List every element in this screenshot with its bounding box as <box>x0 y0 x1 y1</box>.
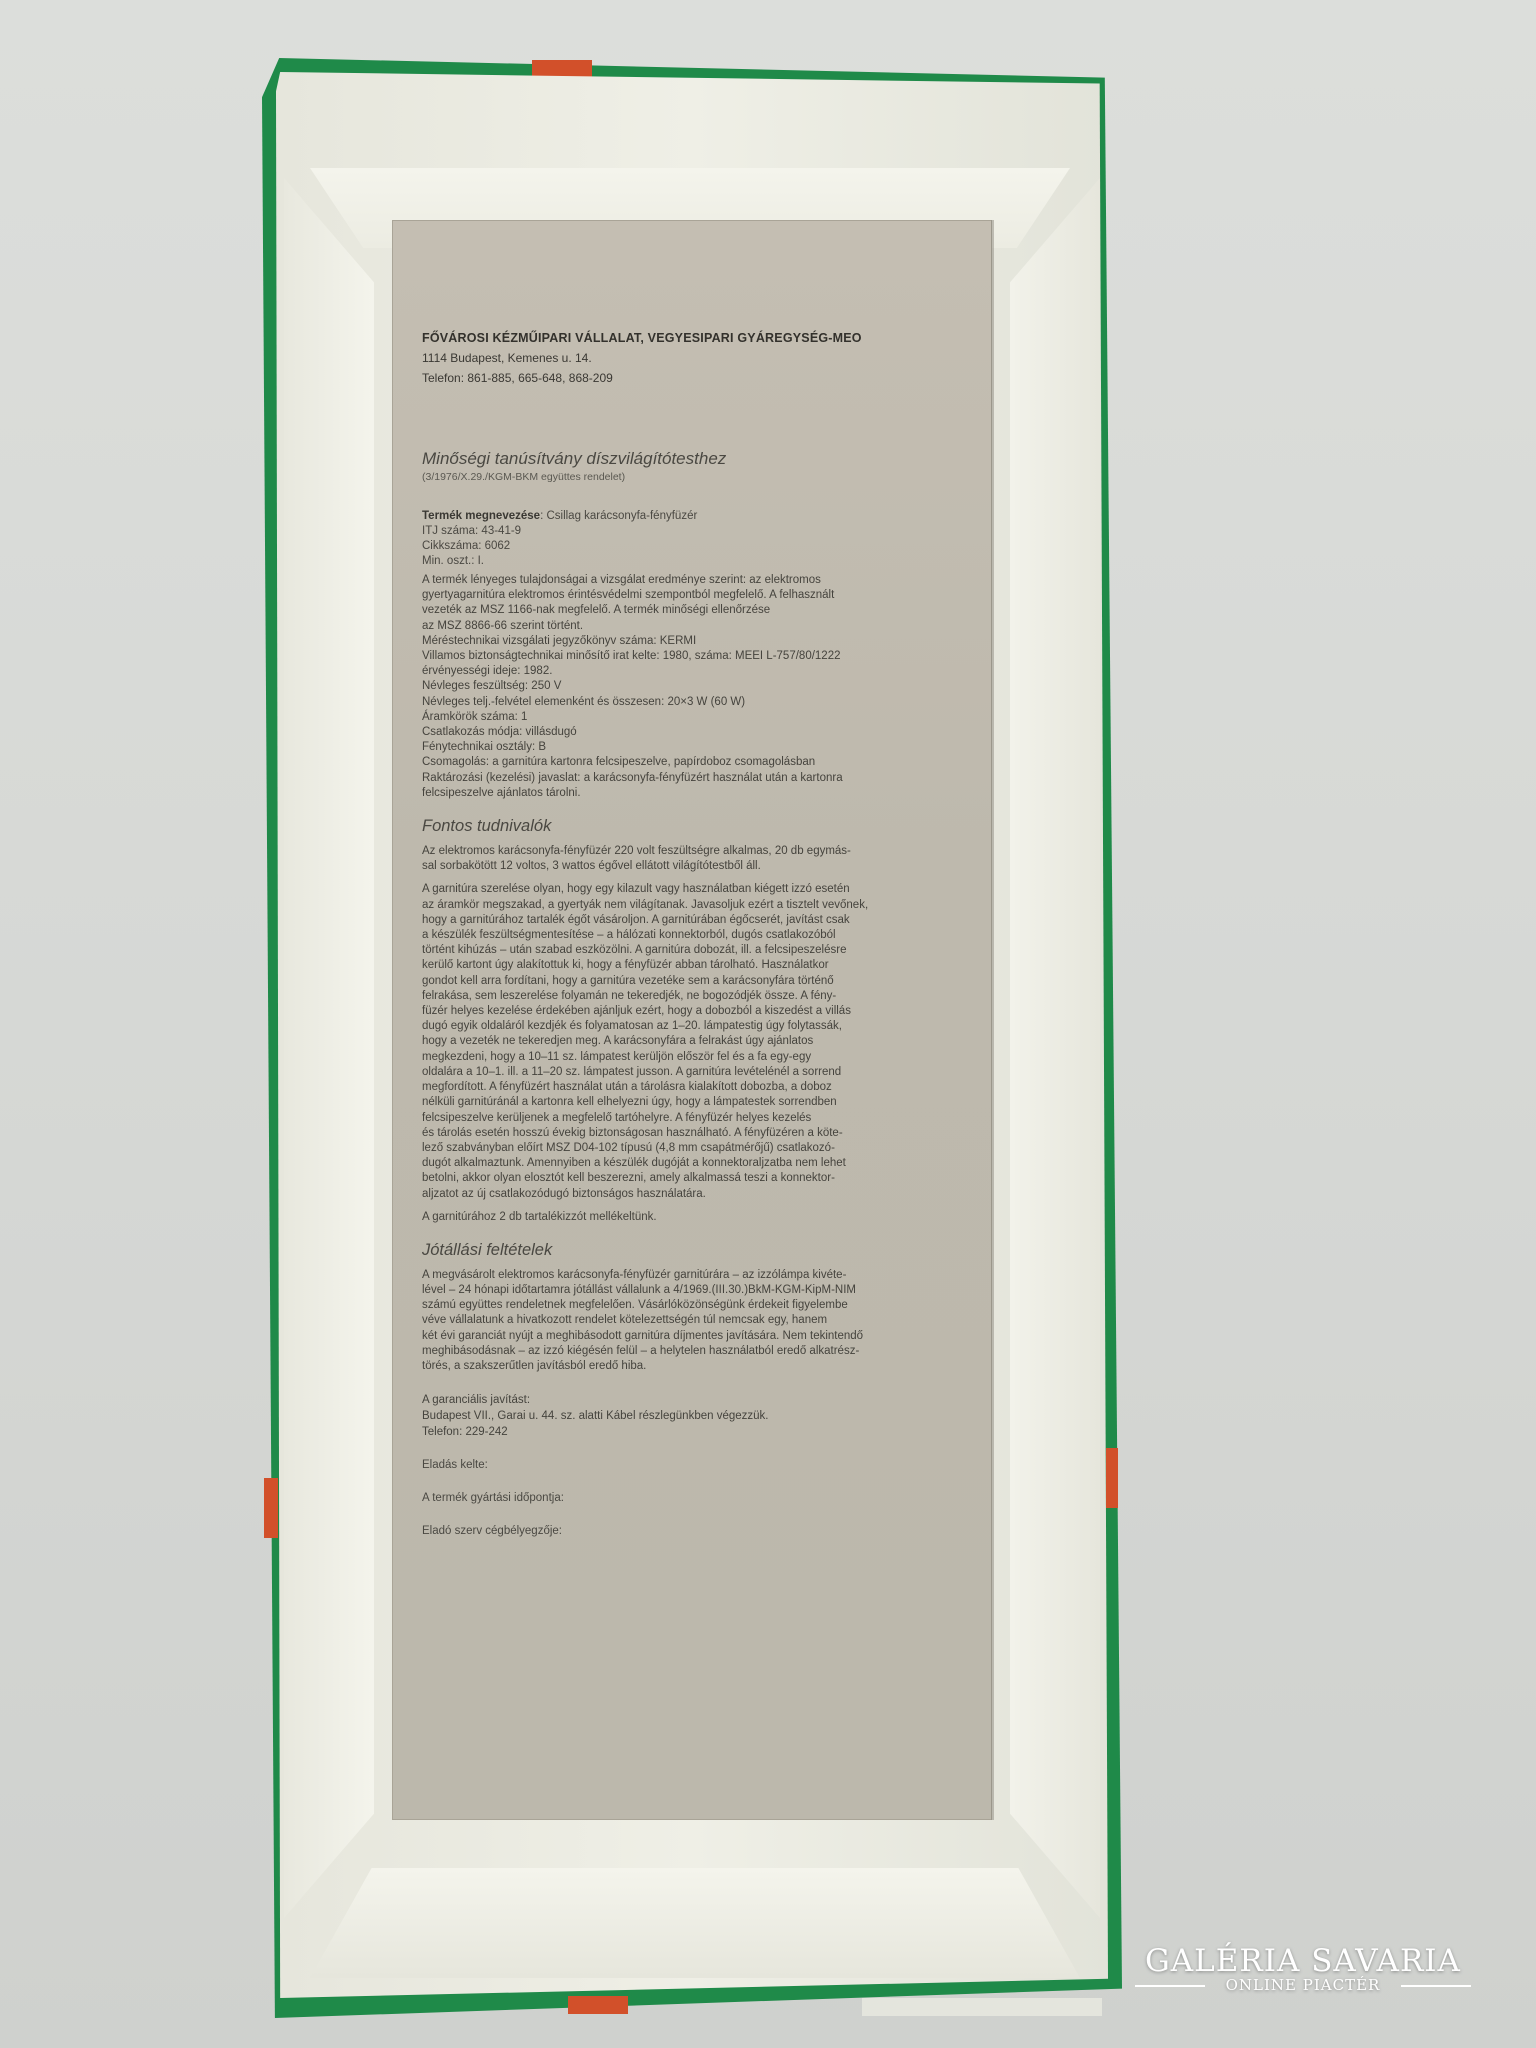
box-red-stripe-right <box>1106 1448 1118 1508</box>
text-line: hogy a garnitúrához tartalék égőt vásáro… <box>422 913 964 928</box>
sale-date-field: Eladás kelte: <box>422 1458 964 1473</box>
text-line: az MSZ 8866-66 szerint történt. <box>422 619 964 634</box>
box-red-stripe-bottom <box>568 1996 628 2014</box>
spec-line: Cikkszáma: 6062 <box>422 539 964 554</box>
manufacture-date-field: A termék gyártási időpontja: <box>422 1491 964 1506</box>
product-label: Termék megnevezése <box>422 510 540 522</box>
important-para-1: Az elektromos karácsonyfa-fényfüzér 220 … <box>422 844 964 874</box>
box-flap-bottom <box>310 1868 1080 1978</box>
text-line: hogy a vezeték ne tekeredjen meg. A kará… <box>422 1034 964 1049</box>
text-line: A megvásárolt elektromos karácsonyfa-fén… <box>422 1268 964 1283</box>
text-line: Névleges telj.-felvétel elemenként és ös… <box>422 695 964 710</box>
text-line: betolni, akkor olyan elosztót kell besze… <box>422 1171 964 1186</box>
important-title: Fontos tudnivalók <box>422 819 964 834</box>
text-line: Fénytechnikai osztály: B <box>422 740 964 755</box>
text-line: nélküli garnitúránál a kartonra kell elh… <box>422 1095 964 1110</box>
text-line: Raktározási (kezelési) javaslat: a karác… <box>422 771 964 786</box>
box-edge-worn <box>862 1998 1102 2016</box>
important-para-3: A garnitúrához 2 db tartalékizzót mellék… <box>422 1210 964 1225</box>
warranty-repair: A garanciális javítást:Budapest VII., Ga… <box>422 1392 964 1440</box>
text-line: Csomagolás: a garnitúra kartonra felcsip… <box>422 755 964 770</box>
text-line: dugó egyik oldaláról kezdjék és folyamat… <box>422 1019 964 1034</box>
text-line: A termék lényeges tulajdonságai a vizsgá… <box>422 573 964 588</box>
text-line: Csatlakozás módja: villásdugó <box>422 725 964 740</box>
text-line: történt kihúzás – után szabad eszközölni… <box>422 943 964 958</box>
text-line: Méréstechnikai vizsgálati jegyzőkönyv sz… <box>422 634 964 649</box>
text-line: gyertyagarnitúra elektromos érintésvédel… <box>422 588 964 603</box>
text-line: A garanciális javítást: <box>422 1392 964 1408</box>
text-line: lező szabványban előírt MSZ D04-102 típu… <box>422 1141 964 1156</box>
company-address: 1114 Budapest, Kemenes u. 14. <box>422 348 964 368</box>
text-line: Névleges feszültség: 250 V <box>422 679 964 694</box>
text-line: véve vállalatunk a hivatkozott rendelet … <box>422 1313 964 1328</box>
product-value: : Csillag karácsonyfa-fényfüzér <box>540 510 697 522</box>
text-line: felrakása, sem leszerelése folyamán ne t… <box>422 989 964 1004</box>
spec-line: ITJ száma: 43-41-9 <box>422 524 964 539</box>
watermark-title: GALÉRIA SAVARIA <box>1145 1945 1461 1977</box>
text-line: meghibásodásnak – az izzó kiégésén felül… <box>422 1344 964 1359</box>
text-line: érvényességi ideje: 1982. <box>422 664 964 679</box>
text-line: megfordított. A fényfüzért használat utá… <box>422 1080 964 1095</box>
warranty-title: Jótállási feltételek <box>422 1243 964 1258</box>
certificate-title: Minőségi tanúsítvány díszvilágítótesthez <box>422 448 964 470</box>
properties-block: A termék lényeges tulajdonságai a vizsgá… <box>422 573 964 801</box>
text-line: gondot kell arra fordítani, hogy a garni… <box>422 974 964 989</box>
text-line: aljzatot az új csatlakozódugó biztonságo… <box>422 1187 964 1202</box>
box-flap-right <box>1010 178 1100 1918</box>
text-line: és tárolás esetén hosszú évekig biztonsá… <box>422 1126 964 1141</box>
text-line: megkezdeni, hogy a 10–11 sz. lámpatest k… <box>422 1050 964 1065</box>
seller-stamp-field: Eladó szerv cégbélyegzője: <box>422 1524 964 1539</box>
company-name: FŐVÁROSI KÉZMŰIPARI VÁLLALAT, VEGYESIPAR… <box>422 328 964 348</box>
text-line: számú együttes rendeletnek megfelelően. … <box>422 1298 964 1313</box>
watermark-logo: GALÉRIA SAVARIA ONLINE PIACTÉR <box>1145 1945 1461 1993</box>
text-line: Budapest VII., Garai u. 44. sz. alatti K… <box>422 1408 964 1424</box>
text-line: Áramkörök száma: 1 <box>422 710 964 725</box>
text-line: Telefon: 229-242 <box>422 1424 964 1440</box>
text-line: dugót alkalmaztunk. Amennyiben a készülé… <box>422 1156 964 1171</box>
box-red-stripe-left <box>264 1478 278 1538</box>
text-line: füzér helyes kezelése érdekében ajánljuk… <box>422 1004 964 1019</box>
text-line: sal sorbakötött 12 voltos, 3 wattos égőv… <box>422 859 964 874</box>
warranty-para: A megvásárolt elektromos karácsonyfa-fén… <box>422 1268 964 1374</box>
company-phone: Telefon: 861-885, 665-648, 868-209 <box>422 368 964 388</box>
text-line: vezeték az MSZ 1166-nak megfelelő. A ter… <box>422 603 964 618</box>
text-line: törés, a szakszerűtlen javításból eredő … <box>422 1359 964 1374</box>
text-line: A garnitúra szerelése olyan, hogy egy ki… <box>422 882 964 897</box>
box-flap-left <box>284 178 374 1918</box>
text-line: felcsipeszelve kerüljenek a megfelelő ta… <box>422 1111 964 1126</box>
text-line: az áramkör megszakad, a gyertyák nem vil… <box>422 898 964 913</box>
text-line: két évi garanciát nyújt a meghibásodott … <box>422 1329 964 1344</box>
text-line: a készülék feszültségmentesítése – a hál… <box>422 928 964 943</box>
certificate-sheet: FŐVÁROSI KÉZMŰIPARI VÁLLALAT, VEGYESIPAR… <box>392 220 992 1820</box>
spec-line: Min. oszt.: I. <box>422 554 964 569</box>
text-line: oldalára a 10–1. ill. a 11–20 sz. lámpat… <box>422 1065 964 1080</box>
text-line: Villamos biztonságtechnikai minősítő ira… <box>422 649 964 664</box>
product-spec: Termék megnevezése: Csillag karácsonyfa-… <box>422 509 964 569</box>
important-para-2: A garnitúra szerelése olyan, hogy egy ki… <box>422 882 964 1201</box>
text-line: lével – 24 hónapi időtartamra jótállást … <box>422 1283 964 1298</box>
certificate-subtitle: (3/1976/X.29./KGM-BKM együttes rendelet) <box>422 470 964 485</box>
watermark-subtitle: ONLINE PIACTÉR <box>1145 1977 1461 1993</box>
text-line: felcsipeszelve ajánlatos tárolni. <box>422 786 964 801</box>
text-line: Az elektromos karácsonyfa-fényfüzér 220 … <box>422 844 964 859</box>
text-line: kerülő kartont úgy alakítottuk ki, hogy … <box>422 958 964 973</box>
